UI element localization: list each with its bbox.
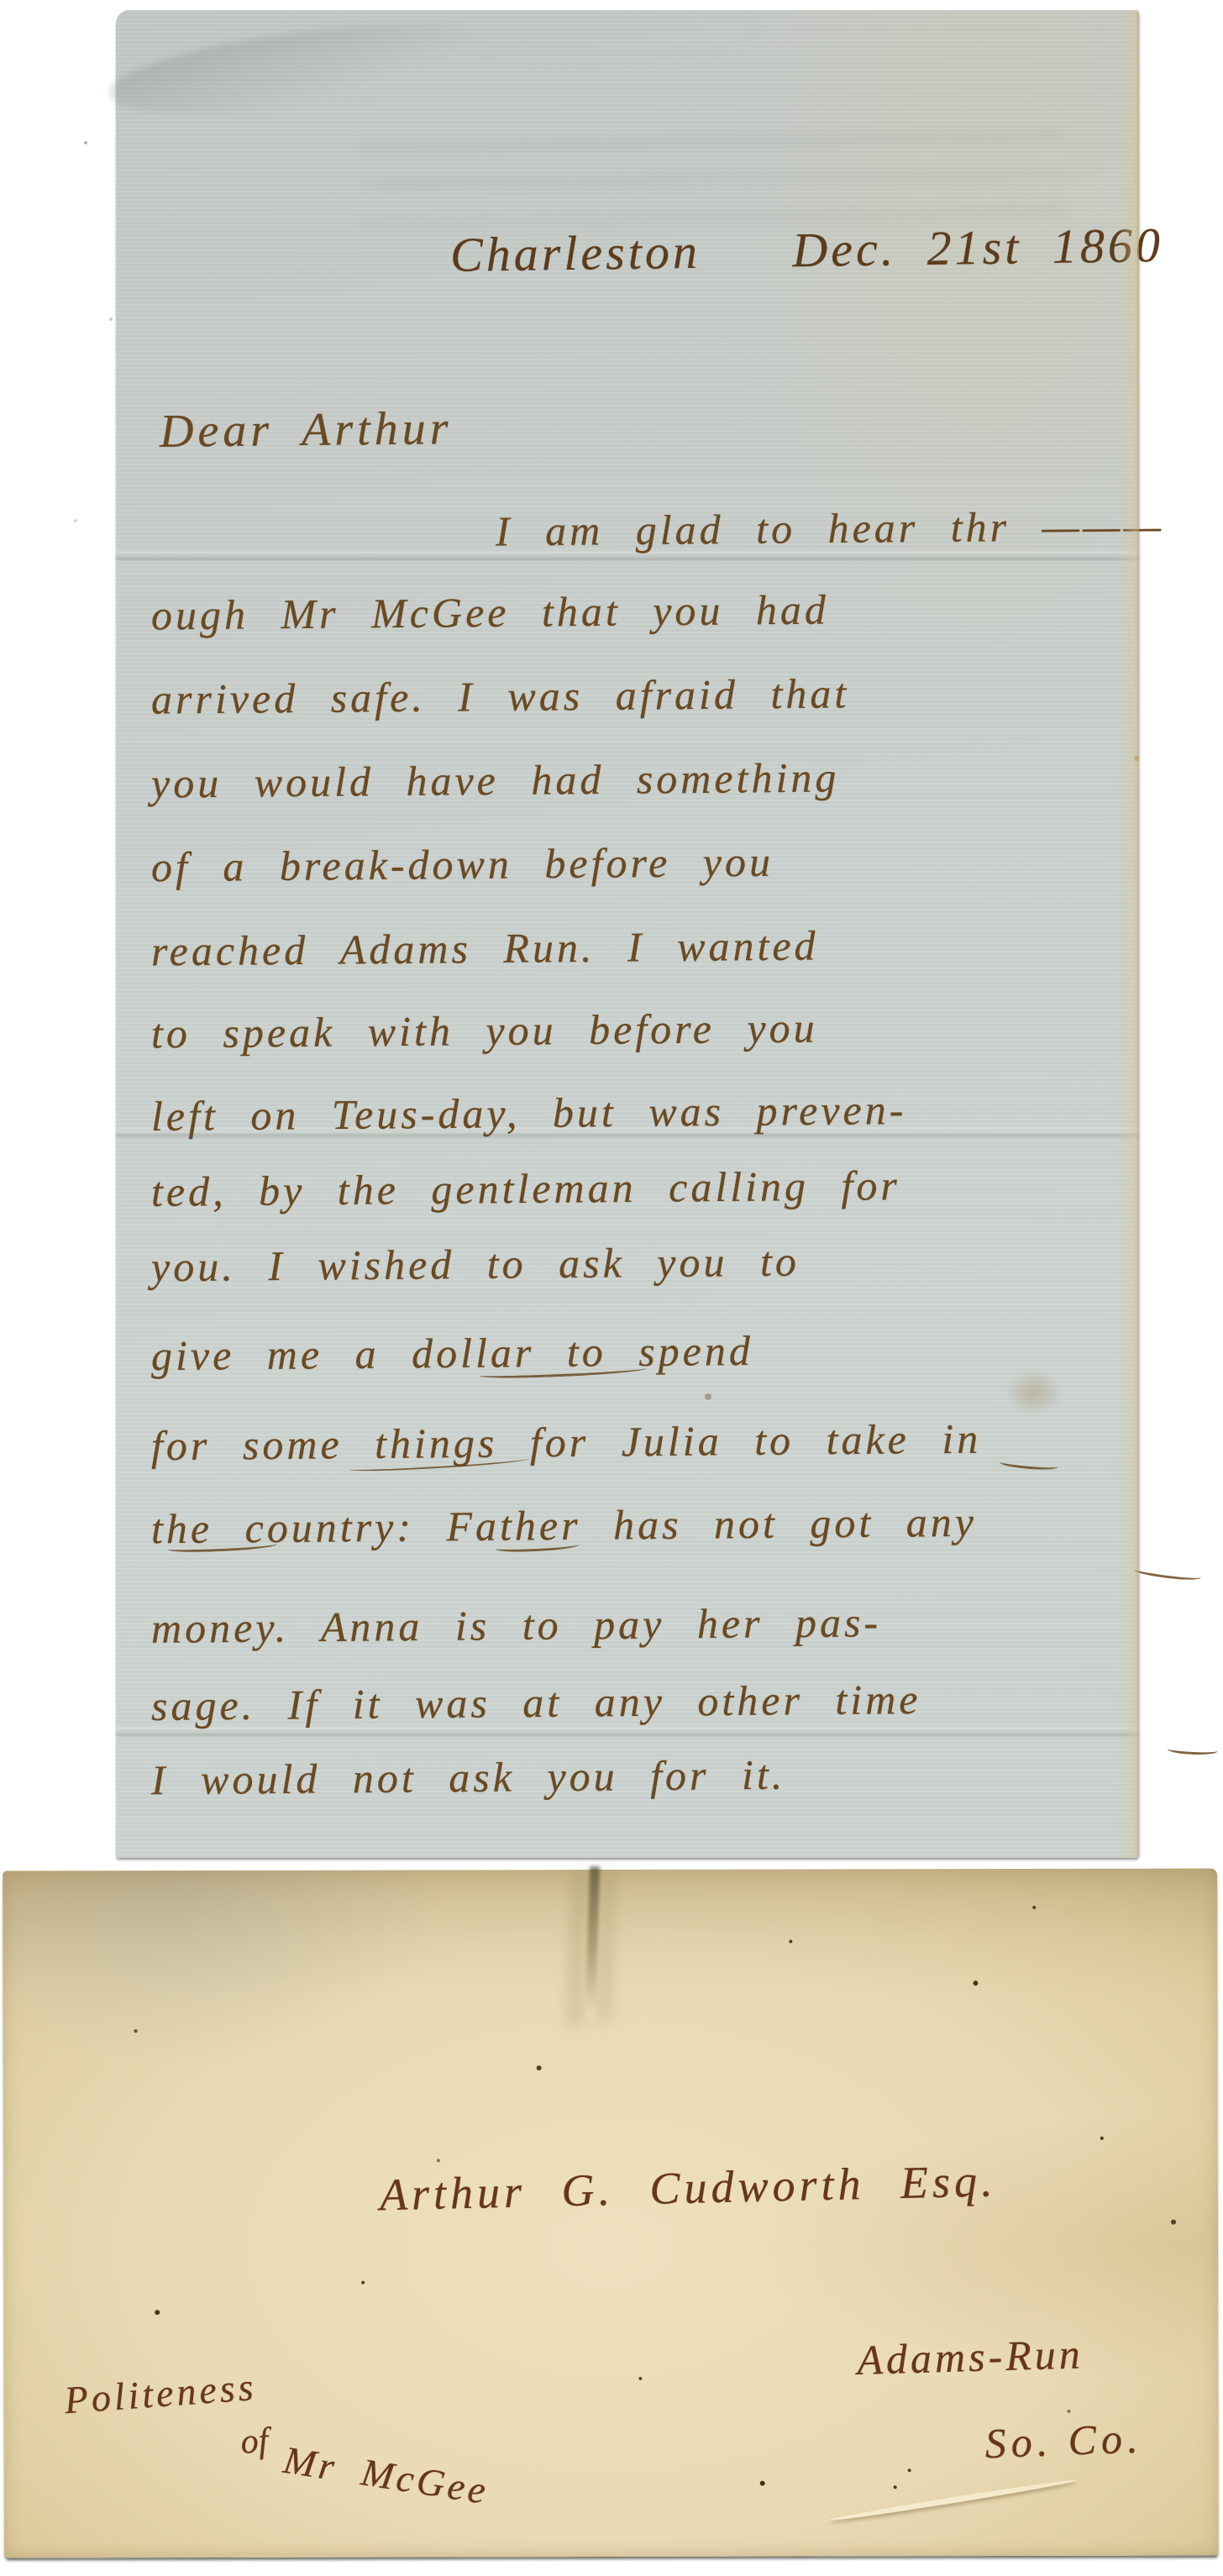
foxing-spot: [1134, 756, 1139, 761]
letter-line: for some things for Julia to take in: [151, 1414, 982, 1471]
letter-line: of a break-down before you: [151, 837, 774, 891]
envelope-courtesy-line: of: [239, 2421, 270, 2463]
envelope-crease: [828, 2477, 1078, 2522]
letter-line: arrived safe. I was afraid that: [151, 669, 850, 723]
letter-line: left on Teus-day, but was preven-: [151, 1085, 907, 1141]
letter-line: to speak with you before you: [151, 1004, 818, 1058]
letter-salutation: Dear Arthur: [160, 401, 453, 459]
corner-crease: [104, 8, 505, 132]
ink-smudge-stain: [1005, 1369, 1063, 1416]
letter-line: sage. If it was at any other time: [151, 1675, 921, 1730]
letter-line: I would not ask you for it.: [151, 1750, 786, 1805]
letter-line: you would have had something: [151, 753, 840, 807]
envelope: Arthur G. Cudworth Esq. Adams-Run So. Co…: [3, 1868, 1219, 2558]
letter-line: money. Anna is to pay her pas-: [151, 1598, 882, 1653]
underline-flourish: [1000, 1456, 1059, 1472]
letter-line: I am glad to hear thr ———: [496, 501, 1164, 556]
underline-flourish: [1168, 1744, 1219, 1756]
letter-line: ough Mr McGee that you had: [151, 585, 829, 639]
envelope-region: So. Co.: [984, 2413, 1144, 2468]
ink-specks: [789, 1940, 792, 1944]
letter-line: give me a dollar to spend: [151, 1326, 753, 1380]
letter-line: reached Adams Run. I wanted: [151, 921, 819, 976]
letter-line: the country: Father has not got any: [151, 1498, 977, 1554]
envelope-courtesy-line: Mr McGee: [281, 2437, 492, 2513]
letter-line: you. I wished to ask you to: [151, 1237, 800, 1292]
letter-line: ted, by the gentleman calling for: [151, 1161, 900, 1216]
envelope-addressee: Arthur G. Cudworth Esq.: [379, 2154, 997, 2221]
letter-dateline: Charleston Dec. 21st 1860: [450, 217, 1164, 283]
letter-sheet: Charleston Dec. 21st 1860 Dear Arthur I …: [116, 10, 1139, 1858]
envelope-destination: Adams-Run: [857, 2329, 1084, 2385]
dirt-streak-stain: [585, 1866, 600, 2017]
scanner-speck: [84, 141, 87, 144]
envelope-courtesy-line: Politeness: [63, 2364, 258, 2422]
scanned-document: Charleston Dec. 21st 1860 Dear Arthur I …: [0, 0, 1223, 2576]
underline-flourish: [1134, 1564, 1202, 1582]
